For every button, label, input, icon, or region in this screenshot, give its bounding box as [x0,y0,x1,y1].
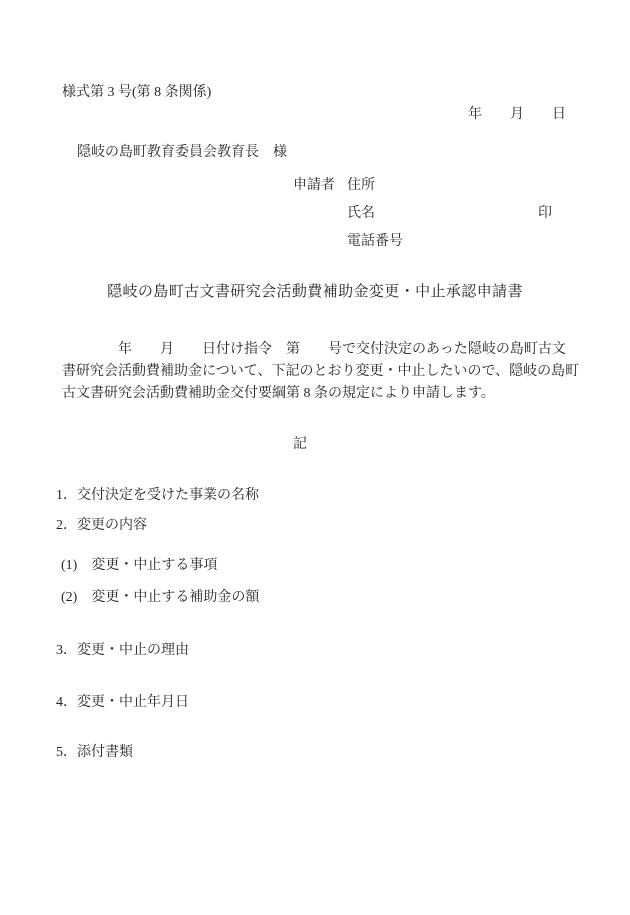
applicant-phone-label: 電話番号 [347,234,403,250]
applicant-label: 申請者 [293,178,335,194]
item-3-change-reason: 3．変更・中止の理由 [56,643,189,659]
item-2-2-subsidy-amount: (2) 変更・中止する補助金の額 [61,590,259,606]
body-paragraph-line-3: 古文書研究会活動費補助金交付要綱第 8 条の規定により申請します。 [62,386,582,402]
applicant-address-label: 住所 [347,178,375,194]
item-5-attachments: 5．添付書類 [56,745,133,761]
record-heading: 記 [293,437,307,453]
application-form-page: 様式第 3 号(第 8 条関係) 年 月 日 隠岐の島町教育委員会教育長 様 申… [0,0,630,915]
document-title: 隠岐の島町古文書研究会活動費補助金変更・中止承認申請書 [0,284,630,301]
item-2-1-change-matters: (1) 変更・中止する事項 [61,558,217,574]
date-line: 年 月 日 [468,107,566,123]
item-1-project-name: 1．交付決定を受けた事業の名称 [56,488,259,504]
body-paragraph-line-2: 書研究会活動費補助金について、下記のとおり変更・中止したいので、隠岐の島町 [62,364,582,380]
item-2-change-details: 2．変更の内容 [56,518,147,534]
item-4-change-date: 4．変更・中止年月日 [56,695,189,711]
applicant-name-label: 氏名 [347,206,375,222]
addressee-line: 隠岐の島町教育委員会教育長 様 [77,145,287,161]
form-number: 様式第 3 号(第 8 条関係) [62,85,211,101]
body-paragraph-line-1: 年 月 日付け指令 第 号で交付決定のあった隠岐の島町古文 [62,342,582,358]
seal-mark: 印 [538,206,552,222]
